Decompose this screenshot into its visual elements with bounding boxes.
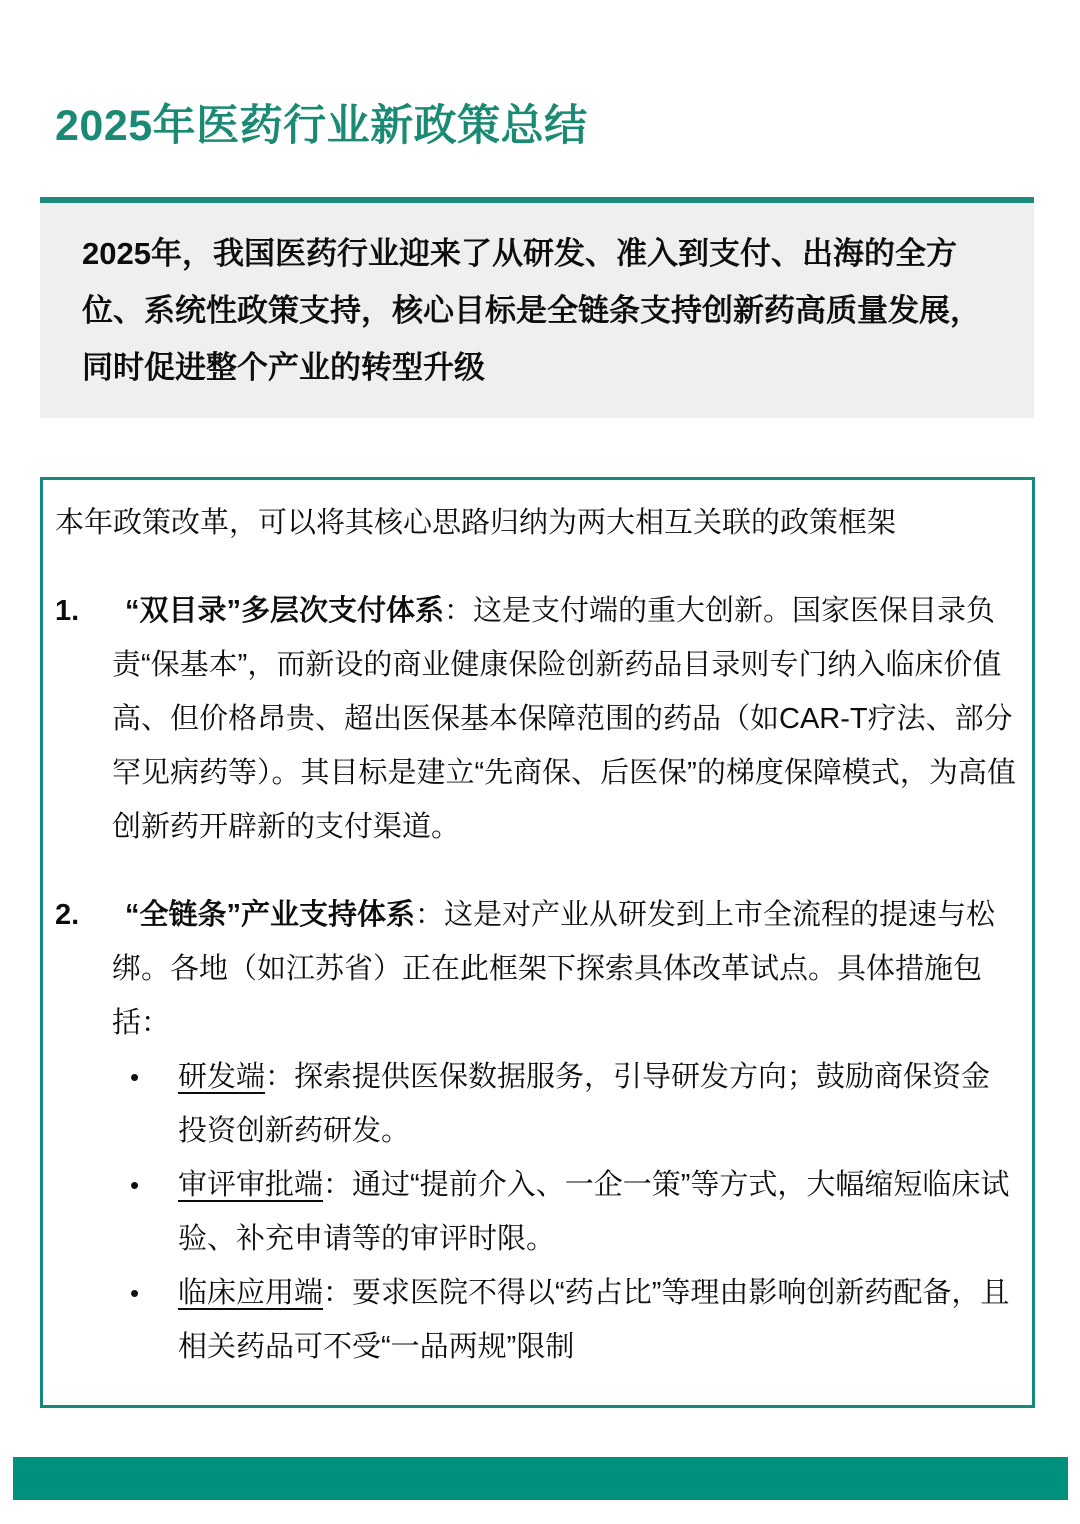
item-body: “全链条”产业支持体系：这是对产业从研发到上市全流程的提速与松绑。各地（如江苏省… xyxy=(112,888,1018,1374)
bullet-item-rnd: •研发端：探索提供医保数据服务，引导研发方向；鼓励商保资金投资创新药研发。 xyxy=(112,1050,1018,1158)
numbered-item-full-chain: 2. “全链条”产业支持体系：这是对产业从研发到上市全流程的提速与松绑。各地（如… xyxy=(55,888,1018,1374)
bullet-item-review-approval: •审评审批端：通过“提前介入、一企一策”等方式，大幅缩短临床试验、补充申请等的审… xyxy=(112,1158,1018,1266)
content-box: 本年政策改革，可以将其核心思路归纳为两大相互关联的政策框架 1. “双目录”多层… xyxy=(40,477,1035,1408)
item-term: “双目录”多层次支付体系 xyxy=(125,595,444,627)
bullet-term: 审评审批端 xyxy=(178,1169,323,1201)
bullet-text: 探索提供医保数据服务，引导研发方向；鼓励商保资金投资创新药研发。 xyxy=(178,1061,990,1147)
numbered-item-dual-catalog: 1. “双目录”多层次支付体系：这是支付端的重大创新。国家医保目录负责“保基本”… xyxy=(55,584,1018,854)
item-body: “双目录”多层次支付体系：这是支付端的重大创新。国家医保目录负责“保基本”，而新… xyxy=(112,584,1018,854)
bullet-list: •研发端：探索提供医保数据服务，引导研发方向；鼓励商保资金投资创新药研发。 •审… xyxy=(112,1050,1018,1374)
item-number: 1. xyxy=(55,584,79,638)
content-intro: 本年政策改革，可以将其核心思路归纳为两大相互关联的政策框架 xyxy=(55,496,1018,550)
footer-bar xyxy=(13,1457,1068,1500)
item-text: 这是支付端的重大创新。国家医保目录负责“保基本”，而新设的商业健康保险创新药品目… xyxy=(112,595,1016,843)
bullet-separator: ： xyxy=(265,1061,294,1093)
summary-text: 2025年，我国医药行业迎来了从研发、准入到支付、出海的全方位、系统性政策支持，… xyxy=(82,225,990,396)
item-number: 2. xyxy=(55,888,79,942)
bullet-item-clinical-use: •临床应用端：要求医院不得以“药占比”等理由影响创新药配备，且相关药品可不受“一… xyxy=(112,1266,1018,1374)
item-separator: ： xyxy=(444,595,473,627)
bullet-term: 临床应用端 xyxy=(178,1277,323,1309)
bullet-term: 研发端 xyxy=(178,1061,265,1093)
page-title: 2025年医药行业新政策总结 xyxy=(55,92,588,153)
bullet-separator: ： xyxy=(323,1169,352,1201)
bullet-icon: • xyxy=(130,1158,139,1212)
item-term: “全链条”产业支持体系 xyxy=(125,899,415,931)
bullet-separator: ： xyxy=(323,1277,352,1309)
bullet-icon: • xyxy=(130,1266,139,1320)
summary-box: 2025年，我国医药行业迎来了从研发、准入到支付、出海的全方位、系统性政策支持，… xyxy=(40,197,1034,418)
document-page: 2025年医药行业新政策总结 2025年，我国医药行业迎来了从研发、准入到支付、… xyxy=(0,0,1080,1524)
bullet-icon: • xyxy=(130,1050,139,1104)
item-separator: ： xyxy=(415,899,444,931)
